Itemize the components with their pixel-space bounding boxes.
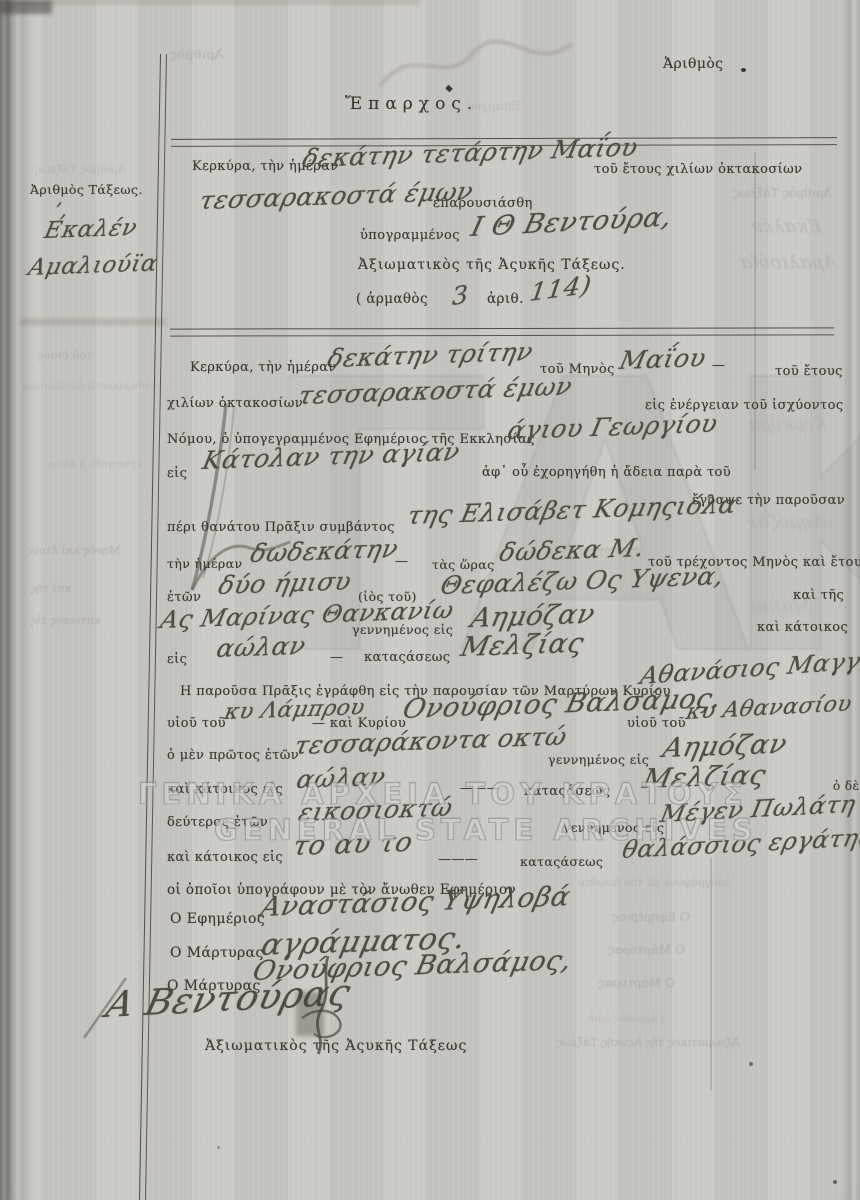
scan-vignette [0,0,860,1200]
document-page: ΓΑΚ Ἀριθμὸς Ἔπαρχος Ἀριθμὸς Τάξεως Ἀριθμ… [0,0,860,1200]
